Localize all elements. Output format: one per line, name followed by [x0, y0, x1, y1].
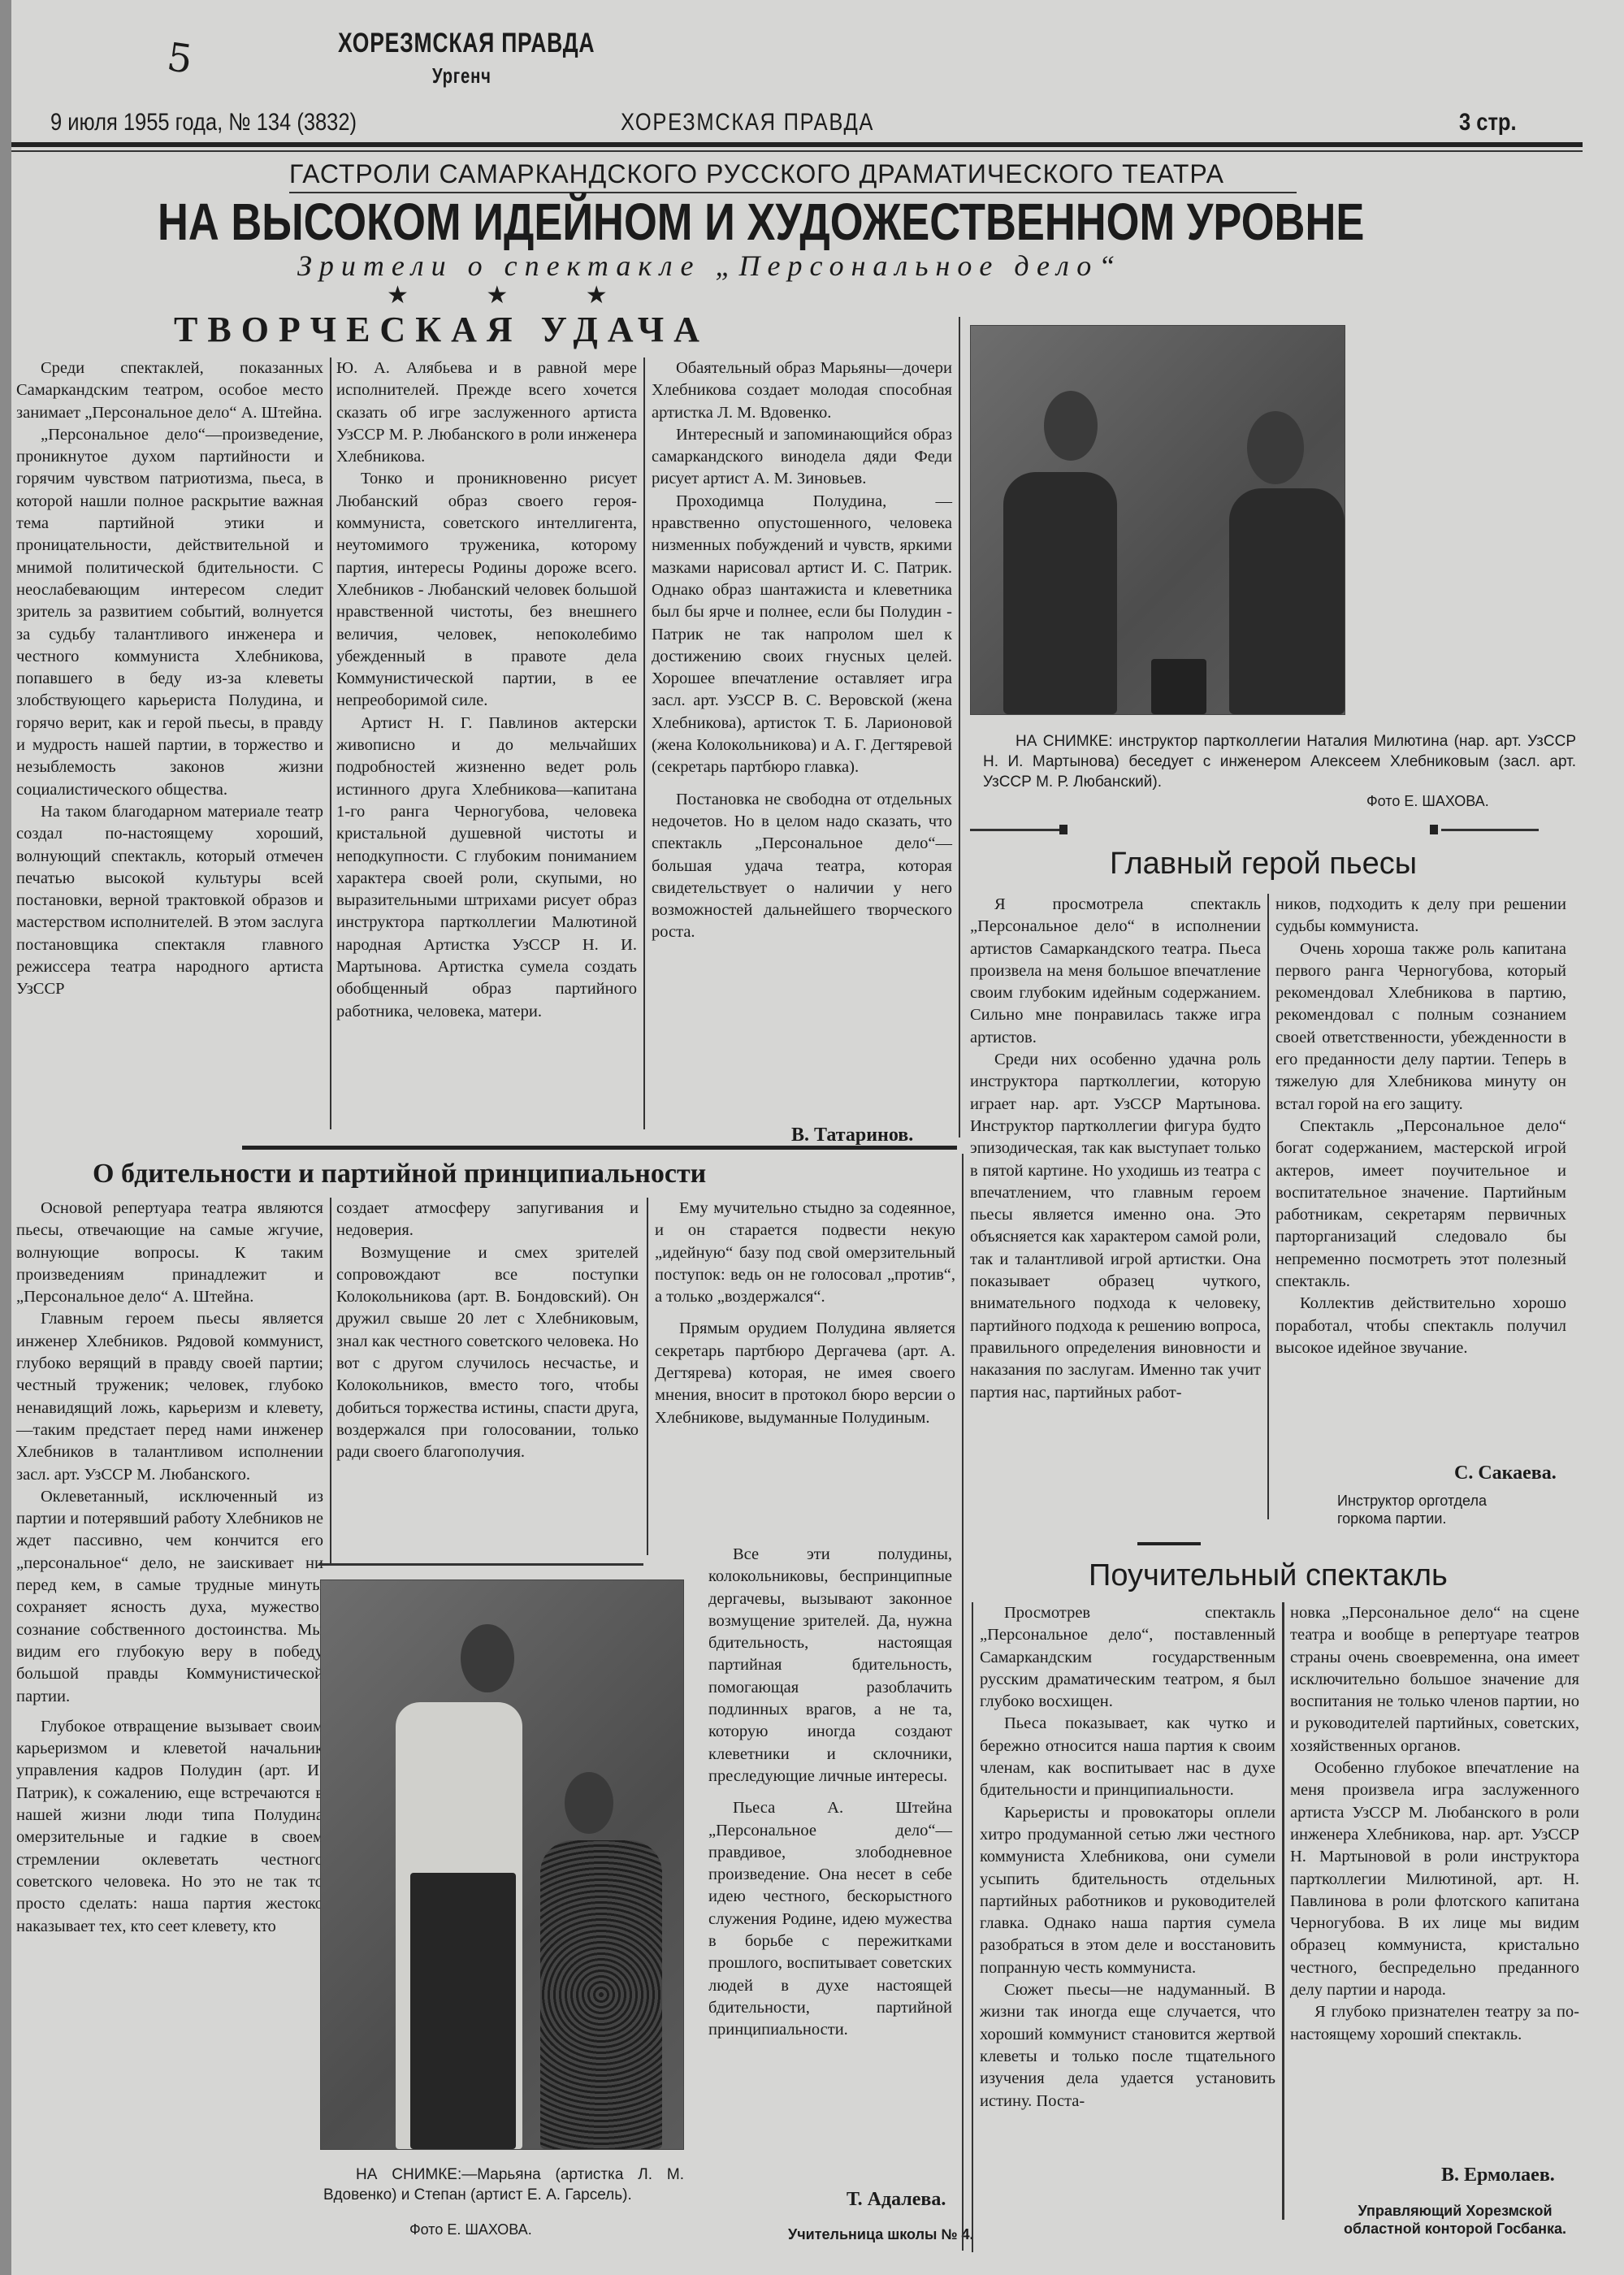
feature-kicker: ГАСТРОЛИ САМАРКАНДСКОГО РУССКОГО ДРАМАТИ…	[289, 159, 1224, 189]
article3-column-3: Ему мучительно стыдно за содеянное, и он…	[655, 1198, 955, 1429]
paragraph: Основой репертуара театра являются пьесы…	[16, 1198, 323, 1308]
article2-author: С. Сакаева.	[1454, 1462, 1557, 1484]
photo-figure-head	[461, 1624, 514, 1692]
paragraph: Я просмотрела спектакль „Персональное де…	[970, 894, 1261, 1049]
article4-title: Поучительный спектакль	[1089, 1558, 1448, 1593]
rule-block	[1059, 825, 1068, 834]
handwritten-mark: 5	[164, 34, 195, 83]
column-divider	[330, 357, 331, 1129]
masthead-rule-thin	[11, 150, 1583, 152]
paragraph: Главным героем пьесы является инженер Хл…	[16, 1308, 323, 1485]
paragraph: новка „Персональное дело“ на сцене театр…	[1290, 1602, 1579, 1757]
feature-subheadline: Зрители о спектакле „Персональное дело“	[297, 249, 1122, 283]
scan-edge	[0, 0, 11, 2275]
photo-figure-man-trousers	[410, 1873, 516, 2149]
paragraph: Спектакль „Персональное дело“ богат соде…	[1275, 1116, 1566, 1293]
article3-column-3-continued: Все эти полудины, колокольниковы, беспри…	[708, 1544, 952, 2042]
photo-top-rule	[318, 1563, 643, 1566]
paragraph: Оклеветанный, исключенный из партии и по…	[16, 1486, 323, 1708]
masthead-rule	[11, 142, 1583, 147]
article1-column-3: Обаятельный образ Марьяны—дочери Хлебник…	[652, 357, 952, 944]
photo-maryana-stepan	[320, 1579, 684, 2150]
article3-column-2: создает атмосферу запугивания и недовери…	[336, 1198, 639, 1464]
article3-author-title: Учительница школы № 4.	[788, 2226, 973, 2243]
paragraph: „Персональное дело“—произведение, проник…	[16, 424, 323, 801]
column-divider	[962, 1154, 964, 2251]
column-divider	[972, 1602, 973, 2252]
section-rule	[1441, 829, 1539, 831]
column-divider	[1267, 894, 1269, 1519]
paragraph: создает атмосферу запугивания и недовери…	[336, 1198, 639, 1242]
paragraph: Ему мучительно стыдно за содеянное, и он…	[655, 1198, 955, 1308]
paragraph: Возмущение и смех зрителей сопровождают …	[336, 1242, 639, 1464]
photo1-caption: НА СНИМКЕ: инструктор партколлегии Натал…	[983, 731, 1576, 792]
photo-figure-woman-dress	[540, 1840, 662, 2149]
photo1-credit: Фото Е. ШАХОВА.	[1366, 793, 1489, 810]
article1-author: В. Татаринов.	[791, 1124, 913, 1146]
caption-text: НА СНИМКЕ:—Марьяна (артистка Л. М. Вдове…	[323, 2164, 684, 2205]
paragraph: Среди спектаклей, показанных Самаркандск…	[16, 357, 323, 424]
paragraph: Постановка не свободна от отдельных недо…	[652, 789, 952, 944]
library-stamp-title: ХОРЕЗМСКАЯ ПРАВДА	[338, 28, 595, 59]
article2-column-2: ников, подходить к делу при решении судь…	[1275, 894, 1566, 1359]
paragraph: Прямым орудием Полудина является секрета…	[655, 1318, 955, 1428]
paragraph: Очень хороша также роль капитана первого…	[1275, 938, 1566, 1116]
photo-figure-head	[1044, 391, 1098, 461]
photo2-caption: НА СНИМКЕ:—Марьяна (артистка Л. М. Вдове…	[323, 2164, 684, 2205]
article4-column-2: новка „Персональное дело“ на сцене театр…	[1290, 1602, 1579, 2046]
page-number: 3 стр.	[1459, 109, 1517, 136]
article2-column-1: Я просмотрела спектакль „Персональное де…	[970, 894, 1261, 1404]
feature-headline: НА ВЫСОКОМ ИДЕЙНОМ И ХУДОЖЕСТВЕННОМ УРОВ…	[158, 192, 1364, 252]
rule-block	[1430, 825, 1438, 834]
photo-figure-man	[1003, 472, 1117, 714]
column-divider	[643, 357, 645, 1129]
paragraph: Карьеристы и провокаторы оплели хитро пр…	[980, 1802, 1275, 1979]
paragraph: Пьеса показывает, как чутко и бережно от…	[980, 1713, 1275, 1801]
article1-title: ТВОРЧЕСКАЯ УДАЧА	[174, 309, 709, 350]
photo-milyutina-khlebnikov	[970, 325, 1345, 715]
paragraph: Все эти полудины, колокольниковы, беспри…	[708, 1544, 952, 1787]
article1-column-1: Среди спектаклей, показанных Самаркандск…	[16, 357, 323, 1001]
paragraph: Сюжет пьесы—не надуманный. В жизни так и…	[980, 1979, 1275, 2112]
paragraph: ников, подходить к делу при решении судь…	[1275, 894, 1566, 938]
photo-figure-woman	[1229, 488, 1345, 714]
caption-text: НА СНИМКЕ: инструктор партколлегии Натал…	[983, 731, 1576, 792]
masthead-paper-name: ХОРЕЗМСКАЯ ПРАВДА	[621, 109, 874, 136]
decorative-stars: ★ ★ ★	[387, 281, 643, 310]
paragraph: Обаятельный образ Марьяны—дочери Хлебник…	[652, 357, 952, 424]
paragraph: Просмотрев спектакль „Персональное дело“…	[980, 1602, 1275, 1713]
photo-figure-head	[1247, 411, 1304, 484]
paragraph: Особенно глубокое впечатление на меня пр…	[1290, 1757, 1579, 2001]
paragraph: На таком благодарном материале театр соз…	[16, 801, 323, 1001]
article4-author: В. Ермолаев.	[1441, 2164, 1555, 2186]
article1-column-2: Ю. А. Алябьева и в равной мере исполните…	[336, 357, 637, 1023]
column-divider	[1282, 1602, 1284, 2220]
section-rule	[1137, 1542, 1201, 1545]
paragraph: Я глубоко признателен театру за по-насто…	[1290, 2001, 1579, 2046]
photo-figure-head	[565, 1772, 613, 1834]
column-divider	[647, 1198, 648, 1555]
library-stamp-city: Ургенч	[432, 63, 492, 89]
article3-title: О бдительности и партийной принципиально…	[93, 1159, 706, 1189]
article2-author-title: Инструктор орготдела горкома партии.	[1337, 1492, 1524, 1527]
column-divider	[959, 317, 960, 1137]
section-rule	[242, 1146, 957, 1150]
article3-column-1: Основой репертуара театра являются пьесы…	[16, 1198, 323, 1938]
photo2-credit: Фото Е. ШАХОВА.	[409, 2221, 532, 2238]
article4-author-title: Управляющий Хорезмской областной конторо…	[1337, 2202, 1573, 2238]
section-rule	[970, 829, 1059, 831]
article3-author: Т. Адалева.	[847, 2189, 946, 2211]
paragraph: Глубокое отвращение вызывает своим карье…	[16, 1716, 323, 1938]
article4-column-1: Просмотрев спектакль „Персональное дело“…	[980, 1602, 1275, 2112]
column-divider	[330, 1198, 331, 1563]
paragraph: Артист Н. Г. Павлинов актерски живописно…	[336, 713, 637, 1023]
paragraph: Коллектив действительно хорошо поработал…	[1275, 1293, 1566, 1359]
paragraph: Пьеса А. Штейна „Персональное дело“—прав…	[708, 1797, 952, 2041]
paragraph: Ю. А. Алябьева и в равной мере исполните…	[336, 357, 637, 468]
paragraph: Тонко и проникновенно рисует Любанский о…	[336, 468, 637, 712]
paragraph: Проходимца Полудина, — нравственно опуст…	[652, 491, 952, 779]
photo-typewriter	[1151, 659, 1206, 714]
newspaper-page: ХОРЕЗМСКАЯ ПРАВДА Ургенч 5 9 июля 1955 г…	[11, 0, 1624, 2275]
paragraph: Среди них особенно удачна роль инструкто…	[970, 1049, 1261, 1404]
article2-title: Главный герой пьесы	[1110, 847, 1417, 882]
issue-date: 9 июля 1955 года, № 134 (3832)	[50, 109, 357, 136]
paragraph: Интересный и запоминающийся образ самарк…	[652, 424, 952, 491]
